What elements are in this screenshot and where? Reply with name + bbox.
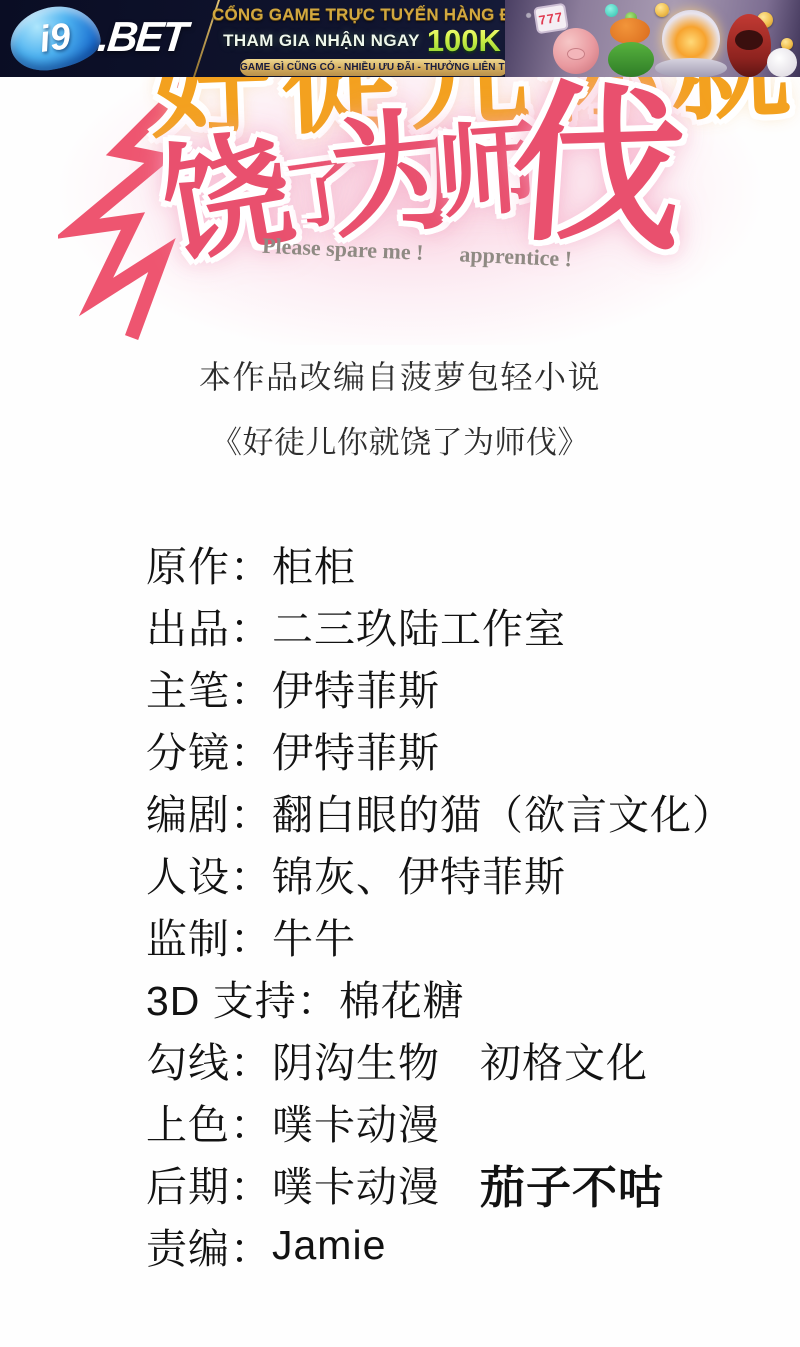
cat-character <box>767 48 797 77</box>
credit-row-coloring: 上色：噗卡动漫 <box>146 1090 766 1152</box>
credit-value: 二三玖陆工作室 <box>272 596 566 655</box>
logo-suffix: .BET <box>95 13 188 61</box>
credit-row-supervisor: 监制：牛牛 <box>146 904 766 966</box>
credit-label: 监制： <box>146 906 272 965</box>
credit-value: Jamie <box>272 1222 386 1269</box>
logo-mark: i9 <box>6 1 104 75</box>
credit-row-storyboard: 分镜：伊特菲斯 <box>146 718 766 780</box>
astronaut-body <box>655 58 727 77</box>
title-char-fa: 伐 <box>506 77 690 261</box>
credit-label: 分镜： <box>146 720 272 779</box>
banner-characters-collage: 777 <box>505 0 800 77</box>
credit-value: 柜柜 <box>272 534 356 593</box>
credit-label: 人设： <box>146 844 272 903</box>
credit-value: 阴沟生物 <box>272 1030 440 1089</box>
credit-label: 后期： <box>146 1154 272 1213</box>
intro-line-2: 《好徒儿你就饶了为师伐》 <box>0 417 800 462</box>
credit-value: 伊特菲斯 <box>272 720 440 779</box>
pig-snout <box>567 48 585 60</box>
credit-row-lead-artist: 主笔：伊特菲斯 <box>146 656 766 718</box>
credit-row-character-design: 人设：锦灰、伊特菲斯 <box>146 842 766 904</box>
title-artwork: 好徒儿你就 饶 了 为 师 伐 Please spare me ! appren… <box>0 77 800 345</box>
banner-headline: CỔNG GAME TRỰC TUYẾN HÀNG ĐẦU <box>212 5 512 25</box>
credit-label: 原作： <box>146 534 272 593</box>
credit-row-original-author: 原作：柜柜 <box>146 532 766 594</box>
credit-value: 噗卡动漫 <box>272 1092 440 1151</box>
promo-banner[interactable]: i9 .BET CỔNG GAME TRỰC TUYẾN HÀNG ĐẦU TH… <box>0 0 800 77</box>
page: i9 .BET CỔNG GAME TRỰC TUYẾN HÀNG ĐẦU TH… <box>0 0 800 1347</box>
intro-line-1: 本作品改编自菠萝包轻小说 <box>0 352 800 398</box>
samurai-mask <box>735 30 763 50</box>
credit-row-producer: 出品：二三玖陆工作室 <box>146 594 766 656</box>
credit-label: 主笔： <box>146 658 272 717</box>
credit-label: 出品： <box>146 596 272 655</box>
banner-subheadline: THAM GIA NHẬN NGAY <box>223 31 420 51</box>
slot-machine-icon: 777 <box>533 3 569 35</box>
credit-row-lineart: 勾线：阴沟生物初格文化 <box>146 1028 766 1090</box>
credit-value: 锦灰、伊特菲斯 <box>272 844 566 903</box>
credits-list: 原作：柜柜 出品：二三玖陆工作室 主笔：伊特菲斯 分镜：伊特菲斯 编剧：翻白眼的… <box>146 532 766 1276</box>
credit-row-screenwriter: 编剧：翻白眼的猫（欲言文化） <box>146 780 766 842</box>
credit-label: 上色： <box>146 1092 272 1151</box>
credit-row-editor: 责编：Jamie <box>146 1214 766 1276</box>
credit-row-postproduction: 后期：噗卡动漫茄子不咕 <box>146 1152 766 1214</box>
leprechaun-body <box>608 42 654 77</box>
credit-value: 棉花糖 <box>339 968 465 1027</box>
banner-pill[interactable]: GAME GÌ CŨNG CÓ - NHIỀU ƯU ĐÃI - THƯỞNG … <box>240 59 508 76</box>
credit-label: 3D 支持： <box>146 968 339 1027</box>
chip-icon <box>605 4 618 17</box>
credit-value-secondary: 初格文化 <box>480 1030 648 1089</box>
i9-logo-blob-icon: i9 <box>6 1 104 75</box>
banner-text-block: CỔNG GAME TRỰC TUYẾN HÀNG ĐẦU THAM GIA N… <box>212 0 512 77</box>
coin-icon <box>655 3 669 17</box>
subtitle-right: apprentice ! <box>459 241 573 272</box>
adaptation-note: 本作品改编自菠萝包轻小说 《好徒儿你就饶了为师伐》 <box>0 352 800 462</box>
credit-value: 翻白眼的猫（欲言文化） <box>272 782 734 841</box>
i9bet-logo[interactable]: i9 .BET <box>0 0 200 77</box>
credit-row-3d-support: 3D 支持：棉花糖 <box>146 966 766 1028</box>
credit-label: 编剧： <box>146 782 272 841</box>
banner-offer-row: THAM GIA NHẬN NGAY 100K <box>212 24 512 58</box>
credit-value: 伊特菲斯 <box>272 658 440 717</box>
credit-value: 噗卡动漫 <box>272 1154 440 1213</box>
credit-value-secondary: 茄子不咕 <box>480 1151 664 1216</box>
credit-value: 牛牛 <box>272 906 356 965</box>
bonus-amount: 100K <box>427 23 501 59</box>
credit-label: 责编： <box>146 1216 272 1275</box>
credit-label: 勾线： <box>146 1030 272 1089</box>
leprechaun-character <box>610 18 650 44</box>
